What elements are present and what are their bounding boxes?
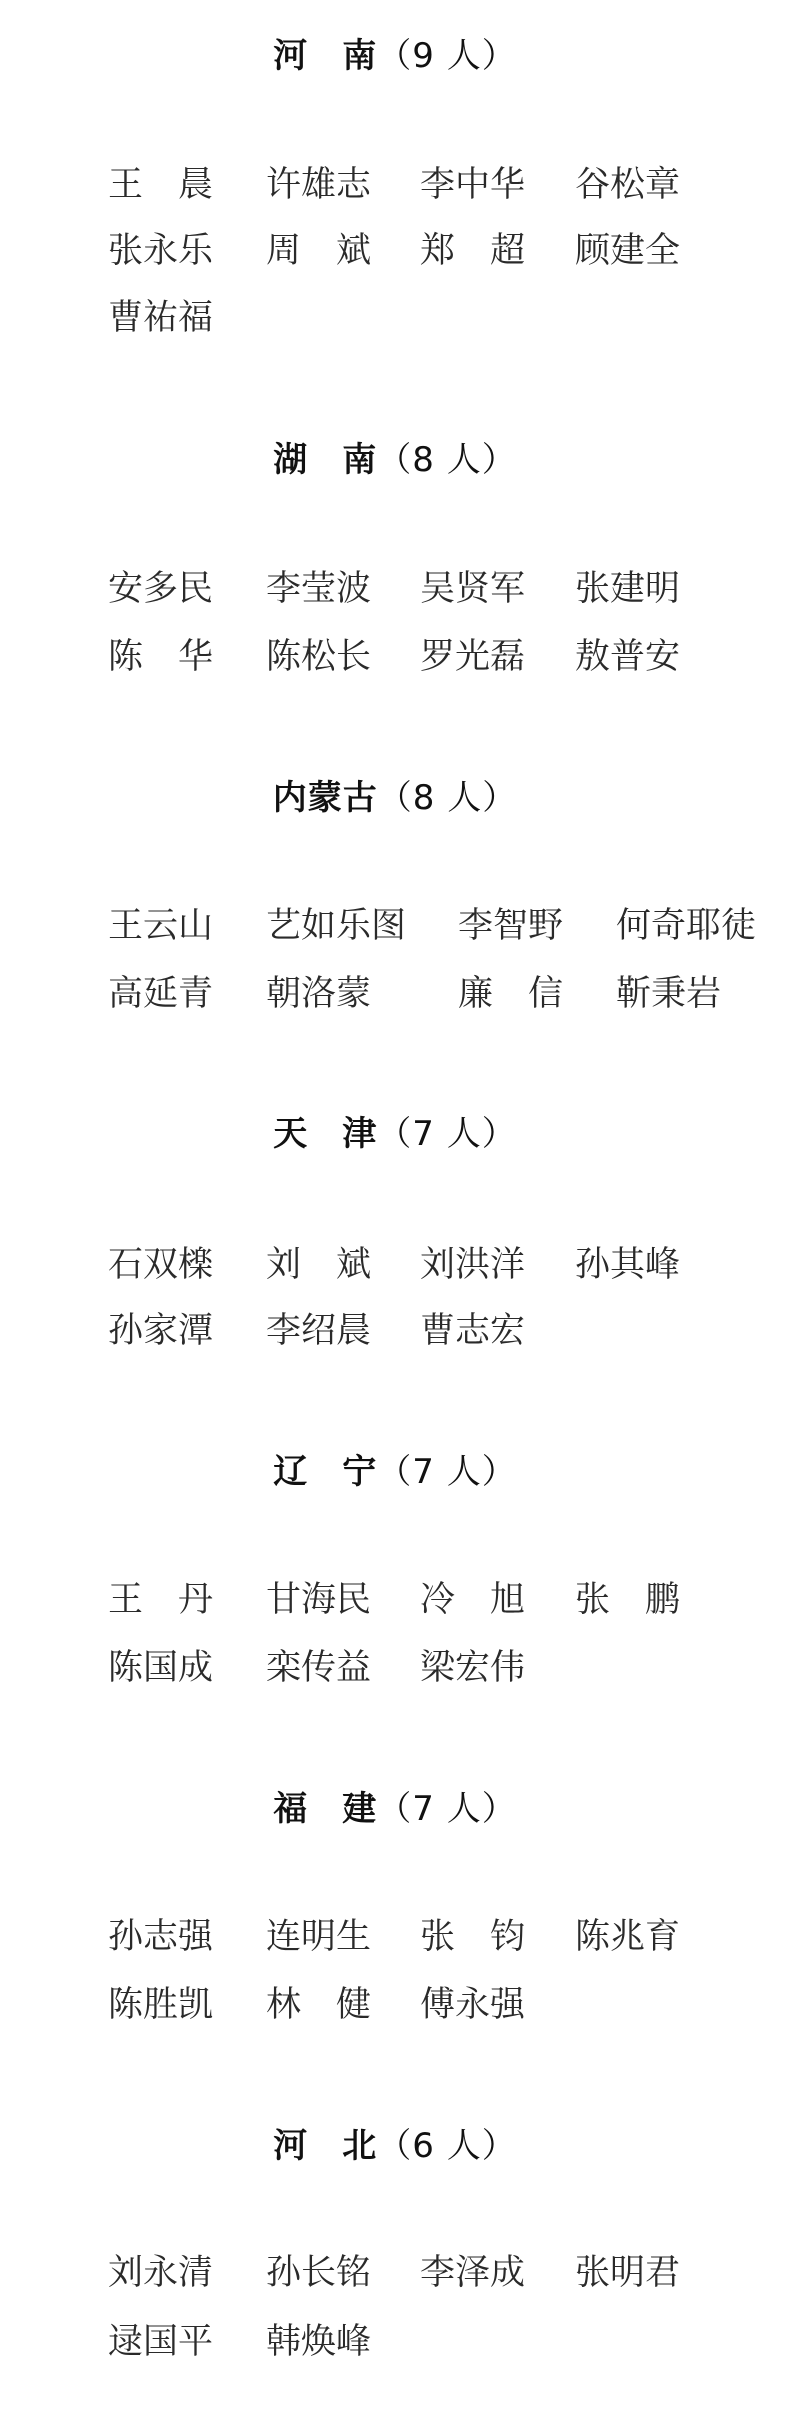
member-name: 曹祐福 <box>108 293 213 343</box>
member-name: 王 晨 <box>108 160 213 210</box>
province-name: 内蒙古 <box>273 778 378 818</box>
member-name: 冷 旭 <box>420 1575 525 1625</box>
province-heading: 湖南（8 人） <box>0 432 790 481</box>
member-name: 韩焕峰 <box>266 2317 371 2367</box>
member-name: 林 健 <box>266 1980 371 2030</box>
member-name: 逯国平 <box>108 2317 213 2367</box>
member-name: 王云山 <box>108 901 213 951</box>
member-name: 石双檪 <box>108 1240 213 1290</box>
member-name: 张 鹏 <box>575 1575 680 1625</box>
name-row: 王云山艺如乐图李智野何奇耶徒 <box>0 901 800 951</box>
province-char: 津 <box>342 1114 377 1154</box>
member-name: 孙家潭 <box>108 1306 213 1356</box>
member-name: 曹志宏 <box>420 1306 525 1356</box>
member-name: 甘海民 <box>266 1575 371 1625</box>
member-name: 张明君 <box>575 2248 680 2298</box>
province-char: 南 <box>342 36 377 76</box>
member-name: 孙志强 <box>108 1912 213 1962</box>
province-char: 河 <box>273 2126 308 2166</box>
member-name: 吴贤军 <box>420 564 525 614</box>
name-row: 陈胜凯林 健傅永强 <box>0 1980 800 2030</box>
member-name: 艺如乐图 <box>266 901 406 951</box>
member-name: 陈胜凯 <box>108 1980 213 2030</box>
member-name: 孙其峰 <box>575 1240 680 1290</box>
province-char: 辽 <box>273 1452 308 1492</box>
member-name: 栾传益 <box>266 1643 371 1693</box>
province-char: 南 <box>342 440 377 480</box>
member-count: （6 人） <box>377 2126 516 2166</box>
province-char: 天 <box>273 1114 308 1154</box>
province-char: 湖 <box>273 440 308 480</box>
province-heading: 辽宁（7 人） <box>0 1444 790 1493</box>
province-heading: 天津（7 人） <box>0 1106 790 1155</box>
member-name: 靳秉岩 <box>616 969 721 1019</box>
name-row: 刘永清孙长铭李泽成张明君 <box>0 2248 800 2298</box>
member-count: （7 人） <box>377 1452 516 1492</box>
name-row: 陈国成栾传益梁宏伟 <box>0 1643 800 1693</box>
province-heading: 河南（9 人） <box>0 28 790 77</box>
member-name: 郑 超 <box>420 226 525 276</box>
province-char: 福 <box>273 1789 308 1829</box>
province-char: 建 <box>342 1789 377 1829</box>
member-count: （7 人） <box>377 1789 516 1829</box>
member-name: 顾建全 <box>575 226 680 276</box>
member-name: 刘 斌 <box>266 1240 371 1290</box>
member-name: 张 钧 <box>420 1912 525 1962</box>
name-row: 陈 华陈松长罗光磊敖普安 <box>0 632 800 682</box>
province-char: 宁 <box>342 1452 377 1492</box>
name-row: 曹祐福 <box>0 293 800 343</box>
member-name: 李泽成 <box>420 2248 525 2298</box>
member-name: 何奇耶徒 <box>616 901 756 951</box>
name-row: 安多民李莹波吴贤军张建明 <box>0 564 800 614</box>
member-name: 谷松章 <box>575 160 680 210</box>
member-name: 周 斌 <box>266 226 371 276</box>
member-name: 罗光磊 <box>420 632 525 682</box>
name-row: 张永乐周 斌郑 超顾建全 <box>0 226 800 276</box>
name-row: 石双檪刘 斌刘洪洋孙其峰 <box>0 1240 800 1290</box>
member-name: 李智野 <box>458 901 563 951</box>
member-name: 李绍晨 <box>266 1306 371 1356</box>
province-char: 河 <box>273 36 308 76</box>
member-name: 廉 信 <box>458 969 563 1019</box>
province-heading: 河北（6 人） <box>0 2118 790 2167</box>
member-name: 高延青 <box>108 969 213 1019</box>
member-count: （7 人） <box>377 1114 516 1154</box>
member-name: 李中华 <box>420 160 525 210</box>
province-heading: 内蒙古（8 人） <box>0 770 790 819</box>
name-row: 孙志强连明生张 钧陈兆育 <box>0 1912 800 1962</box>
member-name: 张建明 <box>575 564 680 614</box>
name-row: 孙家潭李绍晨曹志宏 <box>0 1306 800 1356</box>
member-name: 梁宏伟 <box>420 1643 525 1693</box>
member-name: 连明生 <box>266 1912 371 1962</box>
member-name: 孙长铭 <box>266 2248 371 2298</box>
member-name: 许雄志 <box>266 160 371 210</box>
member-name: 朝洛蒙 <box>266 969 371 1019</box>
member-count: （8 人） <box>377 440 516 480</box>
member-name: 刘永清 <box>108 2248 213 2298</box>
member-name: 王 丹 <box>108 1575 213 1625</box>
member-name: 张永乐 <box>108 226 213 276</box>
name-row: 王 晨许雄志李中华谷松章 <box>0 160 800 210</box>
member-name: 李莹波 <box>266 564 371 614</box>
member-name: 敖普安 <box>575 632 680 682</box>
member-name: 陈 华 <box>108 632 213 682</box>
member-name: 陈兆育 <box>575 1912 680 1962</box>
member-name: 安多民 <box>108 564 213 614</box>
member-count: （8 人） <box>378 778 517 818</box>
member-count: （9 人） <box>377 36 516 76</box>
name-row: 逯国平韩焕峰 <box>0 2317 800 2367</box>
member-name: 刘洪洋 <box>420 1240 525 1290</box>
province-heading: 福建（7 人） <box>0 1781 790 1830</box>
member-name: 傅永强 <box>420 1980 525 2030</box>
name-row: 王 丹甘海民冷 旭张 鹏 <box>0 1575 800 1625</box>
province-char: 北 <box>342 2126 377 2166</box>
member-name: 陈松长 <box>266 632 371 682</box>
member-name: 陈国成 <box>108 1643 213 1693</box>
name-row: 高延青朝洛蒙廉 信靳秉岩 <box>0 969 800 1019</box>
